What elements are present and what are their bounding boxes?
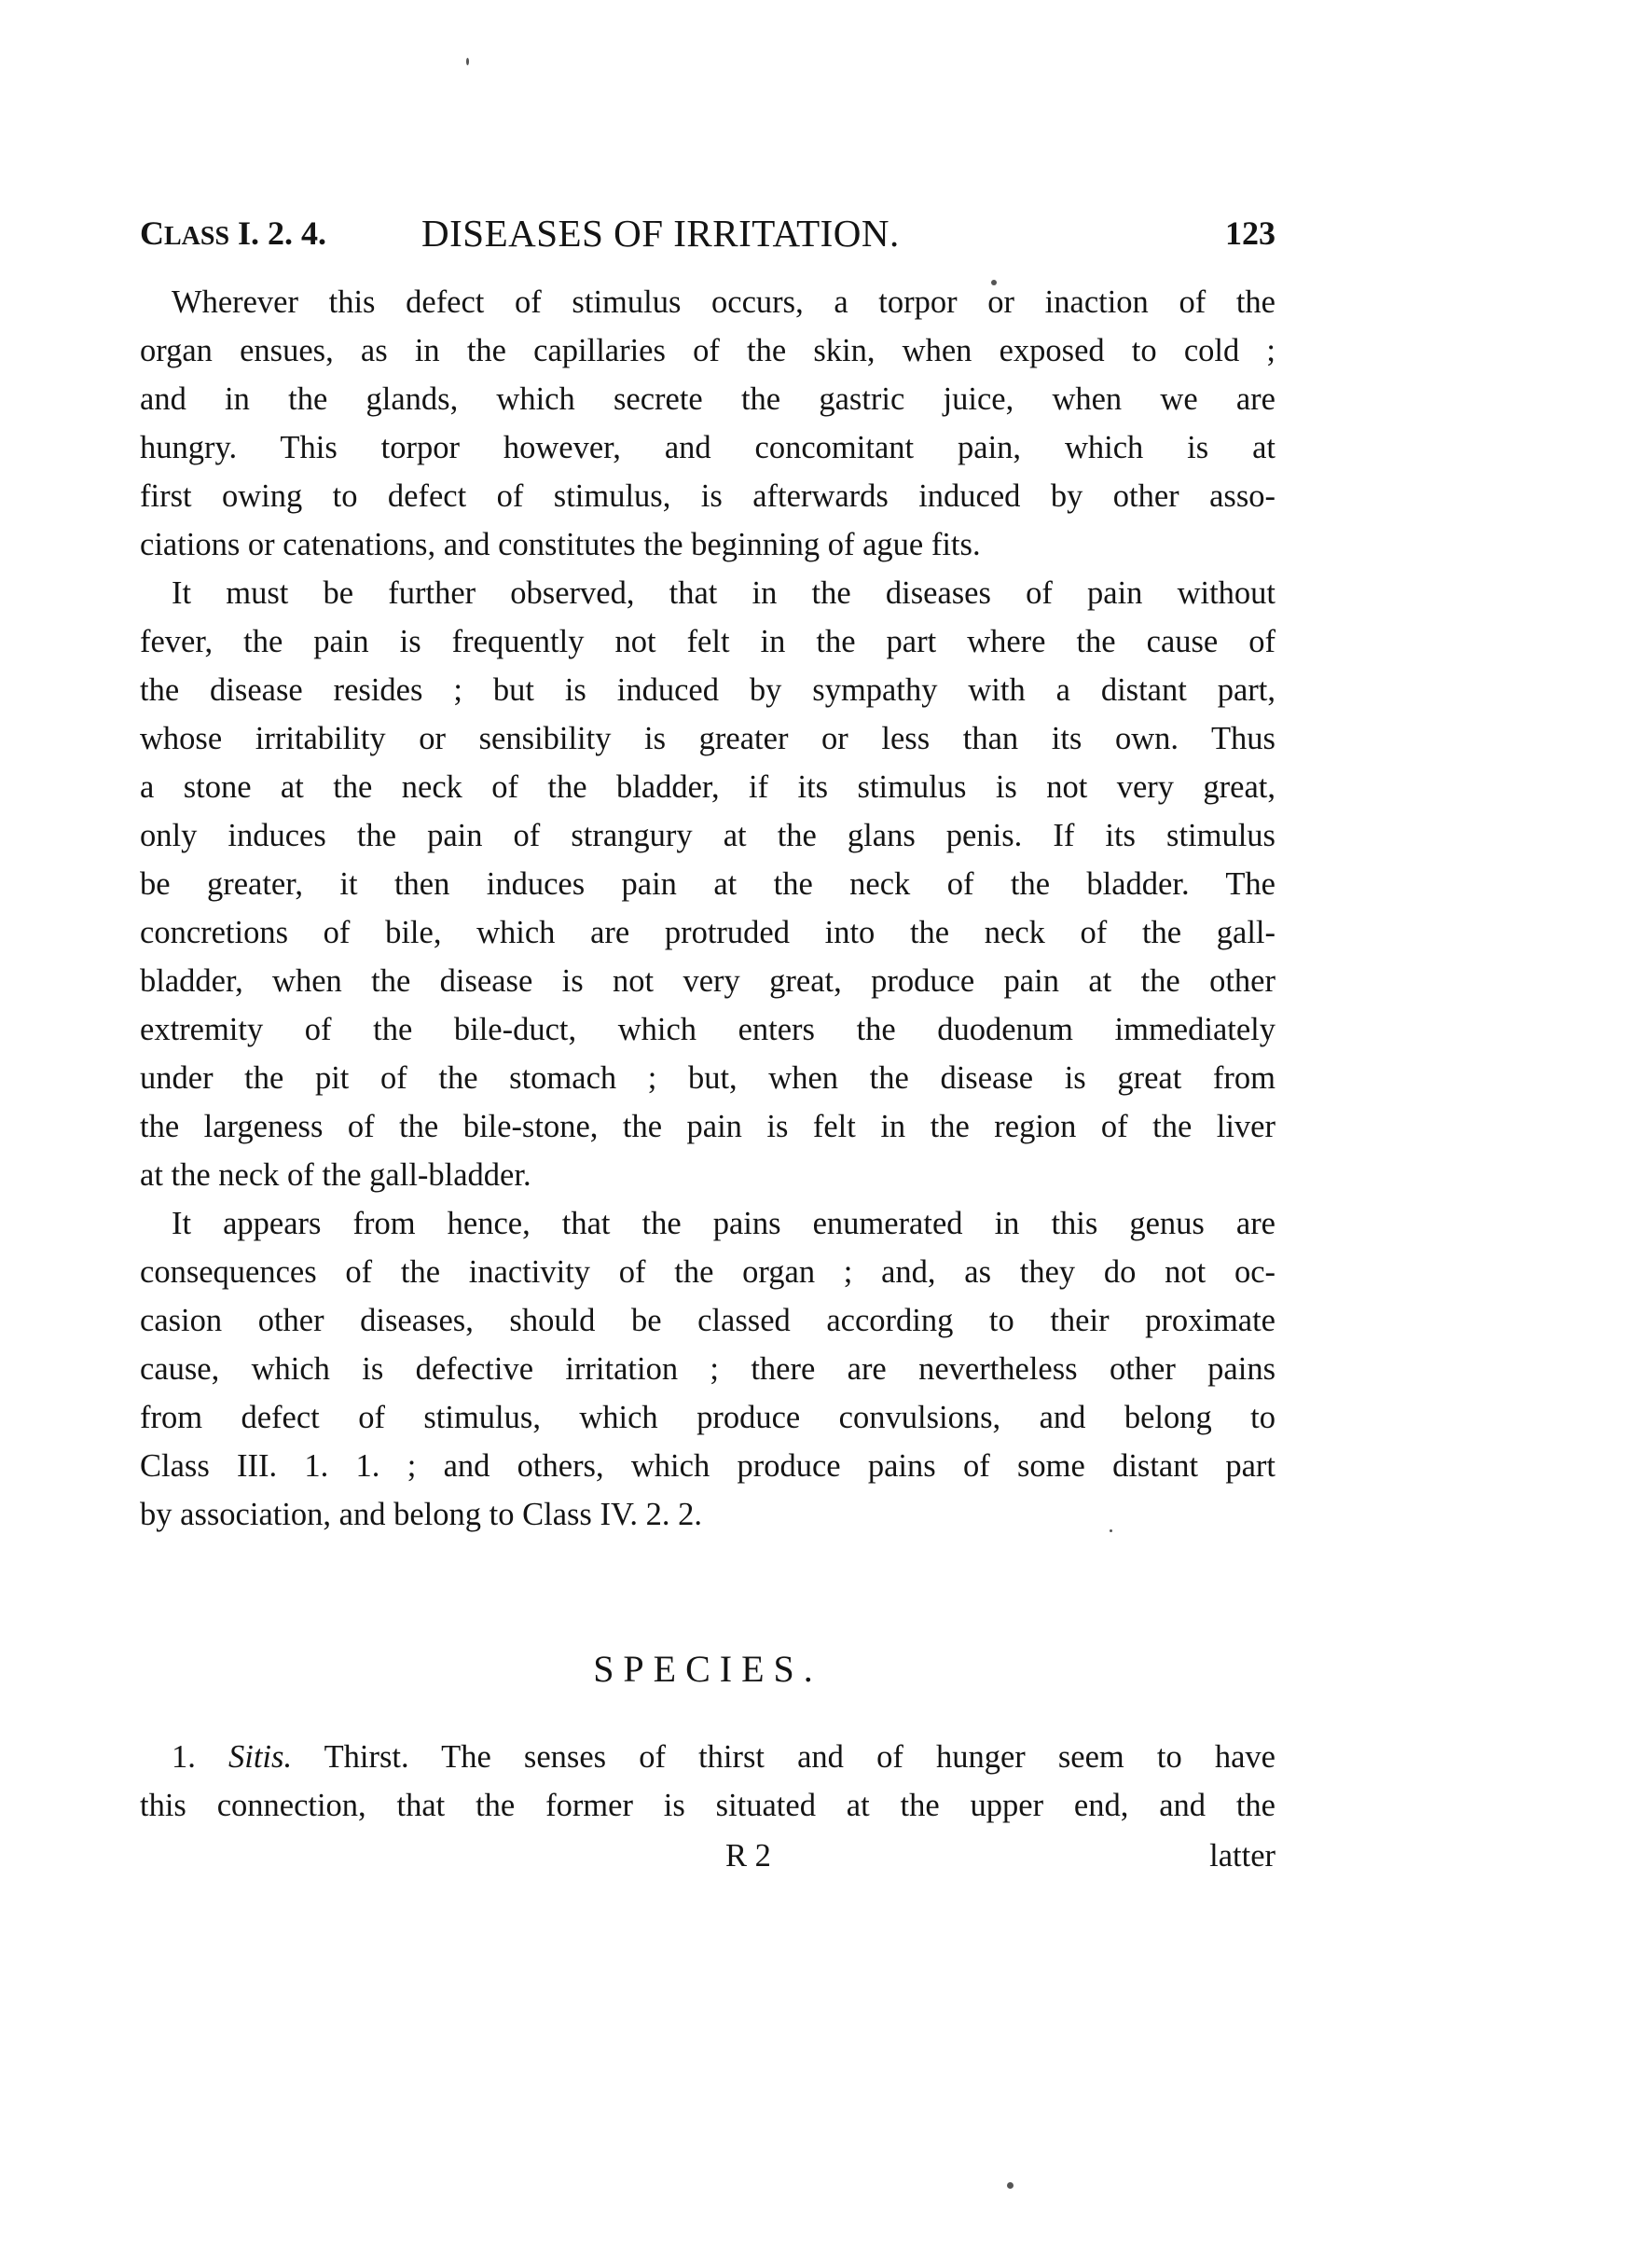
- catchword: latter: [1209, 1832, 1276, 1880]
- text-line: Wherever this defect of stimulus occurs,…: [140, 278, 1276, 326]
- text-line: by association, and belong to Class IV. …: [140, 1490, 1276, 1539]
- body-text: Wherever this defect of stimulus occurs,…: [140, 278, 1276, 1539]
- text-line: under the pit of the stomach ; but, when…: [140, 1054, 1276, 1102]
- entry-latin-name: Sitis.: [228, 1739, 292, 1775]
- text-line: organ ensues, as in the capillaries of t…: [140, 326, 1276, 375]
- page-number: 123: [1225, 207, 1276, 259]
- text-line: It must be further observed, that in the…: [140, 569, 1276, 617]
- text-line: 1. Sitis. Thirst. The senses of thirst a…: [140, 1733, 1276, 1781]
- paragraph-1: Wherever this defect of stimulus occurs,…: [140, 278, 1276, 569]
- species-entry: 1. Sitis. Thirst. The senses of thirst a…: [140, 1733, 1276, 1830]
- running-header: CLASS I. 2. 4. DISEASES OF IRRITATION. 1…: [140, 207, 1276, 259]
- class-reference: CLASS I. 2. 4.: [140, 207, 326, 263]
- book-page: CLASS I. 2. 4. DISEASES OF IRRITATION. 1…: [0, 0, 1641, 2268]
- text-line: fever, the pain is frequently not felt i…: [140, 617, 1276, 666]
- entry-text: Thirst. The senses of thirst and of hung…: [324, 1739, 1276, 1775]
- page-footer: R 2 latter: [140, 1832, 1276, 1880]
- text-line: only induces the pain of strangury at th…: [140, 811, 1276, 860]
- section-heading-species: SPECIES.: [140, 1643, 1276, 1695]
- text-line: and in the glands, which secrete the gas…: [140, 375, 1276, 423]
- text-line: It appears from hence, that the pains en…: [140, 1199, 1276, 1248]
- text-line: a stone at the neck of the bladder, if i…: [140, 763, 1276, 811]
- signature-mark: R 2: [725, 1832, 771, 1880]
- paragraph-2: It must be further observed, that in the…: [140, 569, 1276, 1199]
- text-line: cause, which is defective irritation ; t…: [140, 1345, 1276, 1393]
- text-line: the disease resides ; but is induced by …: [140, 666, 1276, 714]
- running-title: DISEASES OF IRRITATION.: [421, 207, 900, 259]
- text-line: concretions of bile, which are protruded…: [140, 908, 1276, 957]
- scan-speck: [1007, 2182, 1014, 2189]
- text-line: this connection, that the former is situ…: [140, 1781, 1276, 1830]
- text-line: whose irritability or sensibility is gre…: [140, 714, 1276, 763]
- text-line: bladder, when the disease is not very gr…: [140, 957, 1276, 1005]
- scan-speck: [466, 58, 469, 65]
- text-line: from defect of stimulus, which produce c…: [140, 1393, 1276, 1442]
- text-line: casion other diseases, should be classed…: [140, 1296, 1276, 1345]
- text-line: extremity of the bile-duct, which enters…: [140, 1005, 1276, 1054]
- text-line: hungry. This torpor however, and concomi…: [140, 423, 1276, 472]
- text-line: consequences of the inactivity of the or…: [140, 1248, 1276, 1296]
- text-line: the largeness of the bile-stone, the pai…: [140, 1102, 1276, 1151]
- text-line: ciations or catenations, and constitutes…: [140, 520, 1276, 569]
- scan-speck: [1110, 1529, 1112, 1532]
- text-line: be greater, it then induces pain at the …: [140, 860, 1276, 908]
- text-line: at the neck of the gall-bladder.: [140, 1151, 1276, 1199]
- entry-number: 1.: [172, 1739, 196, 1775]
- paragraph-3: It appears from hence, that the pains en…: [140, 1199, 1276, 1539]
- text-line: first owing to defect of stimulus, is af…: [140, 472, 1276, 520]
- text-line: Class III. 1. 1. ; and others, which pro…: [140, 1442, 1276, 1490]
- scan-speck: [991, 280, 997, 285]
